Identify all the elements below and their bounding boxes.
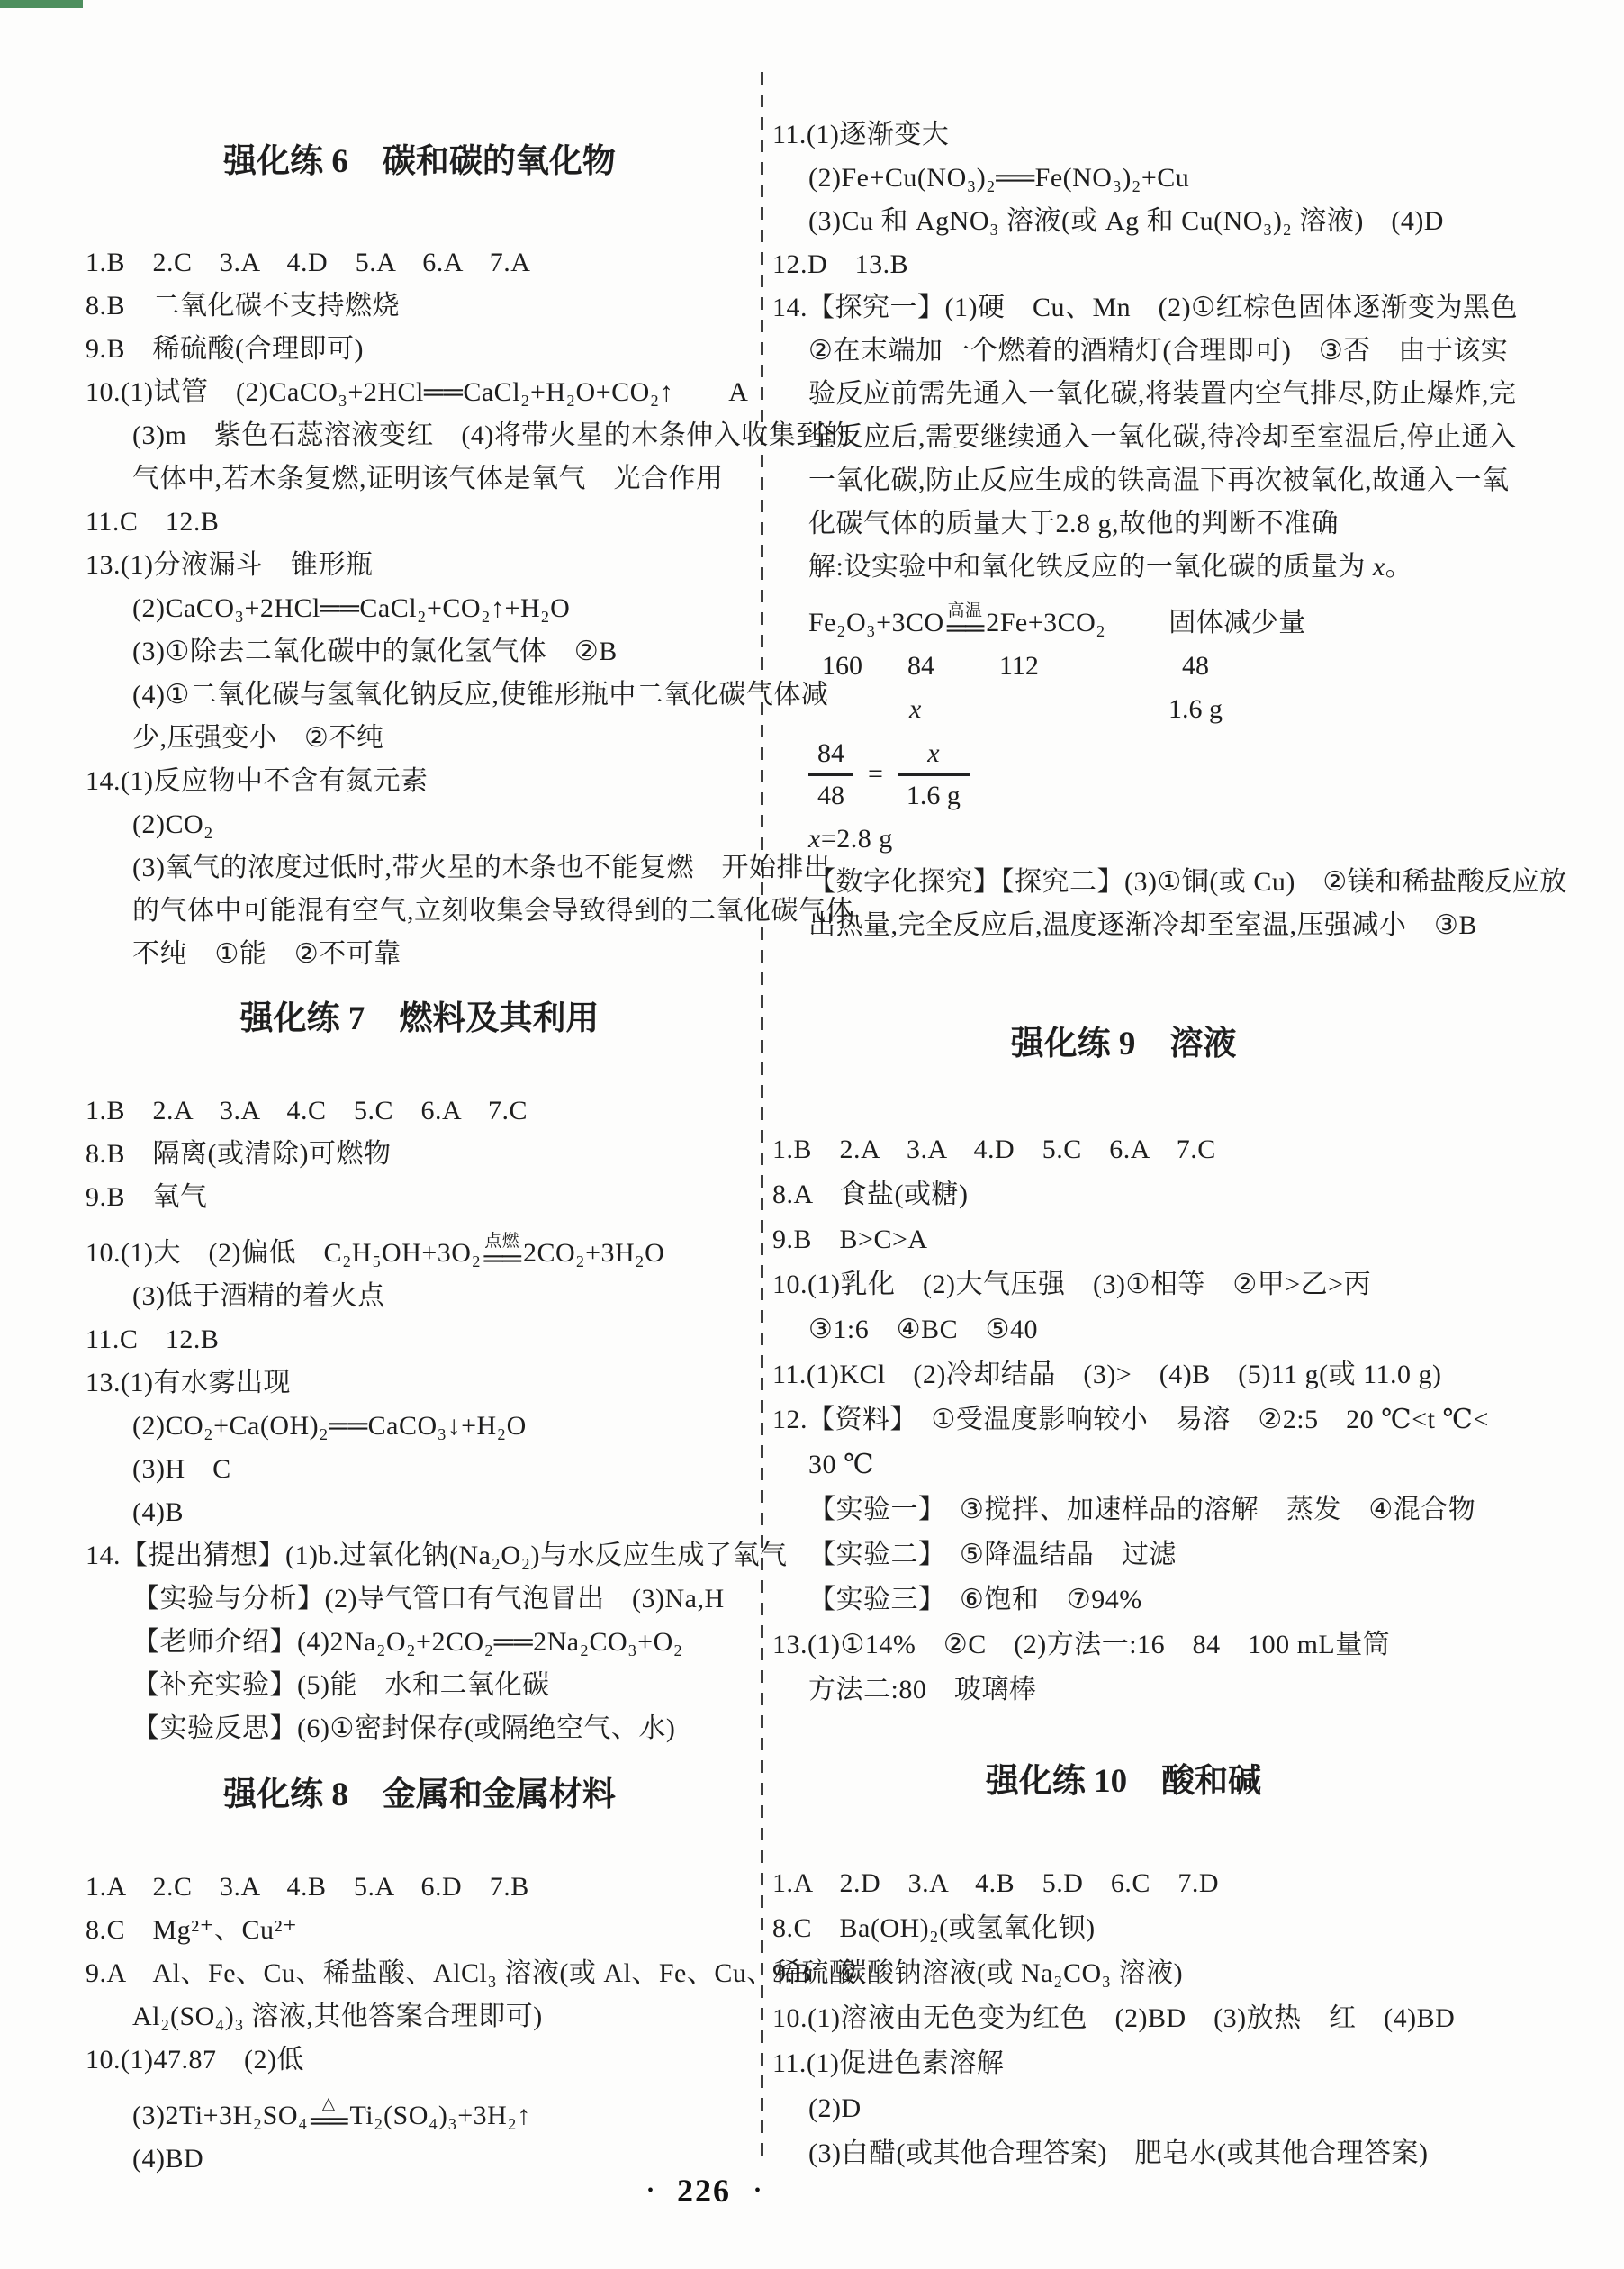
reaction-condition: 点燃══	[483, 1233, 520, 1268]
right-column: 11.(1)逐渐变大 (2)Fe+Cu(NO₃)₂══Fe(NO₃)₂+Cu (…	[772, 0, 1475, 2176]
answer-line: (3)Cu 和 AgNO₃ 溶液(或 Ag 和 Cu(NO₃)₂ 溶液) (4)…	[772, 200, 1475, 243]
variable-x: x	[808, 824, 821, 854]
answer-line: 12.【资料】 ①受温度影响较小 易溶 ②2:5 20 ℃<t ℃<	[772, 1397, 1475, 1442]
section-title-6: 强化练 6碳和碳的氧化物	[86, 142, 753, 182]
answer-line: 1.B 2.C 3.A 4.D 5.A 6.A 7.A	[86, 241, 753, 285]
stoichiometry-row: x 1.6 g	[772, 688, 1475, 731]
section-title-9: 强化练 9溶液	[772, 1025, 1475, 1064]
solution-text: 解:设实验中和氧化铁反应的一氧化碳的质量为	[808, 552, 1373, 582]
answer-line: 8.B 隔离(或清除)可燃物	[86, 1133, 753, 1176]
section-number: 强化练 7	[240, 1000, 365, 1037]
chemical-equation-line: (2)Fe+Cu(NO₃)₂══Fe(NO₃)₂+Cu	[772, 157, 1475, 200]
answer-line: Al₂(SO₄)₃ 溶液,其他答案合理即可)	[86, 1995, 753, 2038]
footer-dot: •	[647, 2181, 654, 2201]
page-number: 226	[677, 2173, 731, 2209]
answer-line: 13.(1)①14% ②C (2)方法一:16 84 100 mL量筒	[772, 1623, 1475, 1668]
answer-line: 少,压强变小 ②不纯	[86, 717, 753, 760]
answer-line: 14.【探究一】(1)硬 Cu、Mn (2)①红棕色固体逐渐变为黑色	[772, 286, 1475, 330]
answer-line: 1.A 2.D 3.A 4.B 5.D 6.C 7.D	[772, 1861, 1475, 1906]
section-number: 强化练 9	[1011, 1026, 1136, 1062]
answer-line: 【补充实验】(5)能 水和二氧化碳	[86, 1664, 753, 1707]
answer-line: 9.B 稀硫酸(合理即可)	[86, 328, 753, 371]
equation-left: 10.(1)大 (2)偏低 C₂H₅OH+3O₂	[86, 1238, 481, 1268]
answer-line: 9.B 氧气	[86, 1176, 753, 1219]
answer-line: 9.B B>C>A	[772, 1217, 1475, 1262]
answer-line: 8.C Mg²⁺、Cu²⁺	[86, 1909, 753, 1952]
answer-line: 【实验反思】(6)①密封保存(或隔绝空气、水)	[86, 1707, 753, 1750]
answer-line: 9.B 碳酸钠溶液(或 Na₂CO₃ 溶液)	[772, 1951, 1475, 1996]
equation-left: Fe₂O₃+3CO	[808, 608, 944, 637]
answer-line: 一氧化碳,防止反应生成的铁高温下再次被氧化,故通入一氧	[772, 459, 1475, 502]
equals-sign: =	[868, 759, 883, 790]
answer-line: 【实验一】 ③搅拌、加速样品的溶解 蒸发 ④混合物	[772, 1487, 1475, 1532]
answer-line: 10.(1)乳化 (2)大气压强 (3)①相等 ②甲>乙>丙	[772, 1262, 1475, 1307]
footer-dot: •	[754, 2181, 761, 2201]
stoichiometry-row: 160 84 112 48	[772, 645, 1475, 688]
answer-line: 出热量,完全反应后,温度逐渐冷却至室温,压强减小 ③B	[772, 904, 1475, 947]
chemical-equation-line: 10.(1)大 (2)偏低 C₂H₅OH+3O₂点燃══2CO₂+3H₂O	[86, 1219, 753, 1275]
answer-line: 的气体中可能混有空气,立刻收集会导致得到的二氧化碳气体	[86, 890, 753, 933]
proportion-equation: 8448 = x1.6 g	[772, 731, 1475, 818]
answer-line: (3)①除去二氧化碳中的氯化氢气体 ②B	[86, 630, 753, 673]
answer-line: (4)①二氧化碳与氢氧化钠反应,使锥形瓶中二氧化碳气体减	[86, 673, 753, 717]
chemical-equation-line: Fe₂O₃+3CO高温══2Fe+3CO₂固体减少量	[772, 589, 1475, 645]
answer-line: 14.(1)反应物中不含有氮元素	[86, 760, 753, 803]
answer-line: 8.C Ba(OH)₂(或氢氧化钡)	[772, 1906, 1475, 1951]
answer-line: 11.C 12.B	[86, 1318, 753, 1361]
molar-mass: 48	[1182, 645, 1209, 688]
scan-artifact-green	[0, 0, 83, 8]
answer-line: 化碳气体的质量大于2.8 g,故他的判断不准确	[772, 502, 1475, 546]
section-number: 强化练 6	[223, 143, 348, 180]
fraction: 8448	[808, 736, 853, 814]
section-number: 强化练 8	[223, 1776, 348, 1813]
answer-line: 30 ℃	[772, 1442, 1475, 1487]
answer-key-page: { "artifact_color": "#4e8f5e", "footer":…	[0, 0, 1624, 2269]
molar-mass: 112	[999, 645, 1039, 688]
section-title-7: 强化练 7燃料及其利用	[86, 999, 753, 1039]
chemical-equation-line: 【老师介绍】(4)2Na₂O₂+2CO₂══2Na₂CO₃+O₂	[86, 1621, 753, 1664]
answer-line: (4)B	[86, 1491, 753, 1534]
equation-right: 2CO₂+3H₂O	[523, 1238, 664, 1268]
answer-line: ②在末端加一个燃着的酒精灯(合理即可) ③否 由于该实	[772, 330, 1475, 373]
answer-line: 全反应后,需要继续通入一氧化碳,待冷却至室温后,停止通入	[772, 416, 1475, 459]
answer-line: (3)氧气的浓度过低时,带火星的木条也不能复燃 开始排出	[86, 846, 753, 890]
answer-line: 11.(1)逐渐变大	[772, 113, 1475, 157]
answer-line: (2)CO₂	[86, 803, 753, 846]
reaction-condition: △══	[311, 2095, 347, 2130]
answer-line: 验反应前需先通入一氧化碳,将装置内空气排尽,防止爆炸,完	[772, 373, 1475, 416]
answer-line: 【实验与分析】(2)导气管口有气泡冒出 (3)Na,H	[86, 1577, 753, 1621]
answer-line: 8.B 二氧化碳不支持燃烧	[86, 285, 753, 328]
chemical-equation-line: 10.(1)试管 (2)CaCO₃+2HCl══CaCl₂+H₂O+CO₂↑ A	[86, 371, 753, 414]
chemical-equation-line: (2)CaCO₃+2HCl══CaCl₂+CO₂↑+H₂O	[86, 587, 753, 630]
molar-mass: 84	[907, 645, 934, 688]
answer-line: (3)m 紫色石蕊溶液变红 (4)将带火星的木条伸入收集到的	[86, 414, 753, 457]
page-footer: •226•	[0, 2172, 1408, 2210]
section-name: 溶液	[1169, 1026, 1236, 1062]
fraction: x1.6 g	[898, 736, 970, 814]
answer-line: 1.B 2.A 3.A 4.C 5.C 6.A 7.C	[86, 1089, 753, 1133]
answer-line: 11.C 12.B	[86, 501, 753, 544]
section-name: 金属和金属材料	[383, 1776, 616, 1813]
answer-line: 方法二:80 玻璃棒	[772, 1668, 1475, 1713]
answer-line: (2)D	[772, 2086, 1475, 2131]
variable-x: x	[1373, 552, 1385, 582]
answer-line: ③1:6 ④BC ⑤40	[772, 1307, 1475, 1352]
answer-line: 8.A 食盐(或糖)	[772, 1172, 1475, 1217]
answer-line: 【实验二】 ⑤降温结晶 过滤	[772, 1532, 1475, 1577]
section-title-8: 强化练 8金属和金属材料	[86, 1776, 753, 1815]
equation-right: 2Fe+3CO₂	[986, 608, 1105, 637]
section-title-10: 强化练 10酸和碱	[772, 1762, 1475, 1802]
column-divider	[761, 72, 763, 2161]
section-name: 碳和碳的氧化物	[383, 143, 616, 180]
result-line: x=2.8 g	[772, 818, 1475, 861]
variable-x: x	[909, 688, 921, 731]
answer-line: 不纯 ①能 ②不可靠	[86, 933, 753, 976]
solution-text: 。	[1385, 552, 1413, 582]
answer-line: 1.B 2.A 3.A 4.D 5.C 6.A 7.C	[772, 1127, 1475, 1172]
answer-line: 10.(1)47.87 (2)低	[86, 2038, 753, 2082]
solution-setup-line: 解:设实验中和氧化铁反应的一氧化碳的质量为 x。	[772, 546, 1475, 589]
answer-line: 12.D 13.B	[772, 243, 1475, 286]
equation-right: Ti₂(SO₄)₃+3H₂↑	[349, 2101, 530, 2130]
answer-line: 11.(1)KCl (2)冷却结晶 (3)> (4)B (5)11 g(或 11…	[772, 1352, 1475, 1397]
reaction-condition: 高温══	[947, 602, 984, 637]
chemical-equation-line: (3)2Ti+3H₂SO₄△══Ti₂(SO₄)₃+3H₂↑	[86, 2082, 753, 2138]
answer-line: 9.A Al、Fe、Cu、稀盐酸、AlCl₃ 溶液(或 Al、Fe、Cu、稀硫酸…	[86, 1952, 753, 1995]
answer-line: 10.(1)溶液由无色变为红色 (2)BD (3)放热 红 (4)BD	[772, 1996, 1475, 2041]
answer-line: (3)H C	[86, 1448, 753, 1491]
molar-mass: 160	[822, 645, 862, 688]
answer-line: 13.(1)有水雾出现	[86, 1361, 753, 1405]
answer-line: 【数字化探究】【探究二】(3)①铜(或 Cu) ②镁和稀盐酸反应放	[772, 861, 1475, 904]
answer-line: 13.(1)分液漏斗 锥形瓶	[86, 544, 753, 587]
given-mass: 1.6 g	[1168, 688, 1223, 731]
answer-line: 气体中,若木条复燃,证明该气体是氧气 光合作用	[86, 457, 753, 501]
answer-line: 11.(1)促进色素溶解	[772, 2041, 1475, 2086]
section-name: 酸和碱	[1161, 1763, 1261, 1800]
answer-line: (3)低于酒精的着火点	[86, 1275, 753, 1318]
answer-line: (3)白醋(或其他合理答案) 肥皂水(或其他合理答案)	[772, 2131, 1475, 2176]
chemical-equation-line: (2)CO₂+Ca(OH)₂══CaCO₃↓+H₂O	[86, 1405, 753, 1448]
equation-left: (3)2Ti+3H₂SO₄	[132, 2101, 308, 2130]
answer-line: 1.A 2.C 3.A 4.B 5.A 6.D 7.B	[86, 1866, 753, 1909]
result-value: =2.8 g	[821, 824, 893, 854]
section-name: 燃料及其利用	[399, 1000, 599, 1037]
section-number: 强化练 10	[986, 1763, 1127, 1800]
answer-line: 14.【提出猜想】(1)b.过氧化钠(Na₂O₂)与水反应生成了氧气	[86, 1534, 753, 1577]
solid-mass-loss-label: 固体减少量	[1168, 608, 1306, 637]
left-column: 强化练 6碳和碳的氧化物 1.B 2.C 3.A 4.D 5.A 6.A 7.A…	[86, 0, 753, 2181]
answer-line: 【实验三】 ⑥饱和 ⑦94%	[772, 1577, 1475, 1623]
